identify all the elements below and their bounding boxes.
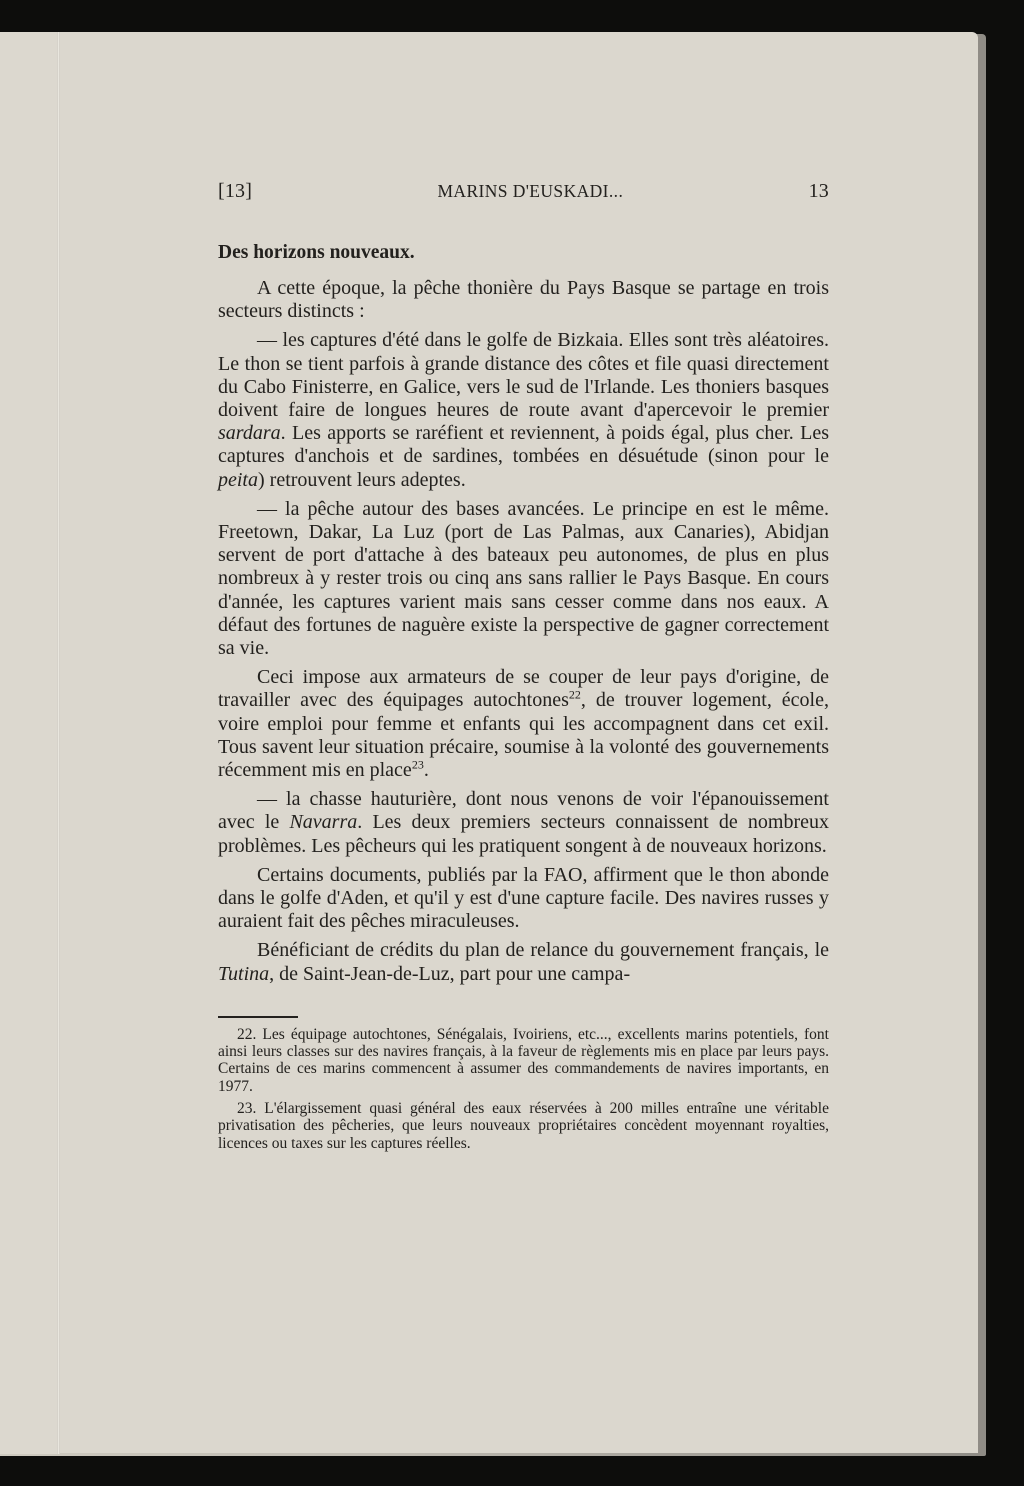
footnote-number: 23. xyxy=(237,1100,256,1117)
paragraph-text: . Les apports se raréfient et reviennent… xyxy=(218,422,829,467)
footnote-text: L'élargissement quasi général des eaux r… xyxy=(218,1100,829,1152)
paragraph-text: , de Saint-Jean-de-Luz, part pour une ca… xyxy=(269,963,630,985)
paragraph-text: Bénéficiant de crédits du plan de relanc… xyxy=(257,939,829,961)
section-heading: Des horizons nouveaux. xyxy=(218,241,829,265)
paragraph-intro: A cette époque, la pêche thonière du Pay… xyxy=(218,277,829,323)
italic-term: Tutina xyxy=(218,963,269,985)
facing-page xyxy=(0,32,58,1454)
footnote-23: 23. L'élargissement quasi général des ea… xyxy=(218,1100,829,1152)
italic-term: Navarra xyxy=(289,811,357,833)
chapter-marker: [13] xyxy=(218,180,252,203)
paragraph-sector-3: — la chasse hauturière, dont nous venons… xyxy=(218,788,829,858)
footnotes: 22. Les équipage autochtones, Sénégalais… xyxy=(218,1026,829,1152)
paragraph-text: — la pêche autour des bases avancées. Le… xyxy=(218,498,829,659)
italic-term: peita xyxy=(218,469,258,491)
footnote-ref-23[interactable]: 23 xyxy=(412,757,424,771)
paragraph-tutina: Bénéficiant de crédits du plan de relanc… xyxy=(218,939,829,985)
paragraph-fao: Certains documents, publiés par la FAO, … xyxy=(218,864,829,934)
paragraph-sector-2: — la pêche autour des bases avancées. Le… xyxy=(218,498,829,660)
running-title: MARINS D'EUSKADI... xyxy=(437,181,623,202)
paragraph-consequences: Ceci impose aux armateurs de se couper d… xyxy=(218,666,829,782)
running-head: [13] MARINS D'EUSKADI... 13 xyxy=(218,180,829,216)
footnote-divider xyxy=(218,1016,298,1018)
footnote-number: 22. xyxy=(237,1026,256,1043)
footnote-22: 22. Les équipage autochtones, Sénégalais… xyxy=(218,1026,829,1095)
page-number: 13 xyxy=(809,180,829,203)
paragraph-text: ) retrouvent leurs adeptes. xyxy=(258,469,466,491)
italic-term: sardara xyxy=(218,422,281,444)
paragraph-text: Certains documents, publiés par la FAO, … xyxy=(218,864,829,932)
footnote-ref-22[interactable]: 22 xyxy=(569,688,581,702)
body-text: A cette époque, la pêche thonière du Pay… xyxy=(218,277,829,986)
page-content: [13] MARINS D'EUSKADI... 13 Des horizons… xyxy=(218,180,829,1152)
paragraph-text: . xyxy=(424,759,429,781)
footnote-text: Les équipage autochtones, Sénégalais, Iv… xyxy=(218,1026,829,1095)
paragraph-text: A cette époque, la pêche thonière du Pay… xyxy=(218,277,829,322)
paragraph-text: — les captures d'été dans le golfe de Bi… xyxy=(218,329,829,421)
paragraph-sector-1: — les captures d'été dans le golfe de Bi… xyxy=(218,329,829,491)
